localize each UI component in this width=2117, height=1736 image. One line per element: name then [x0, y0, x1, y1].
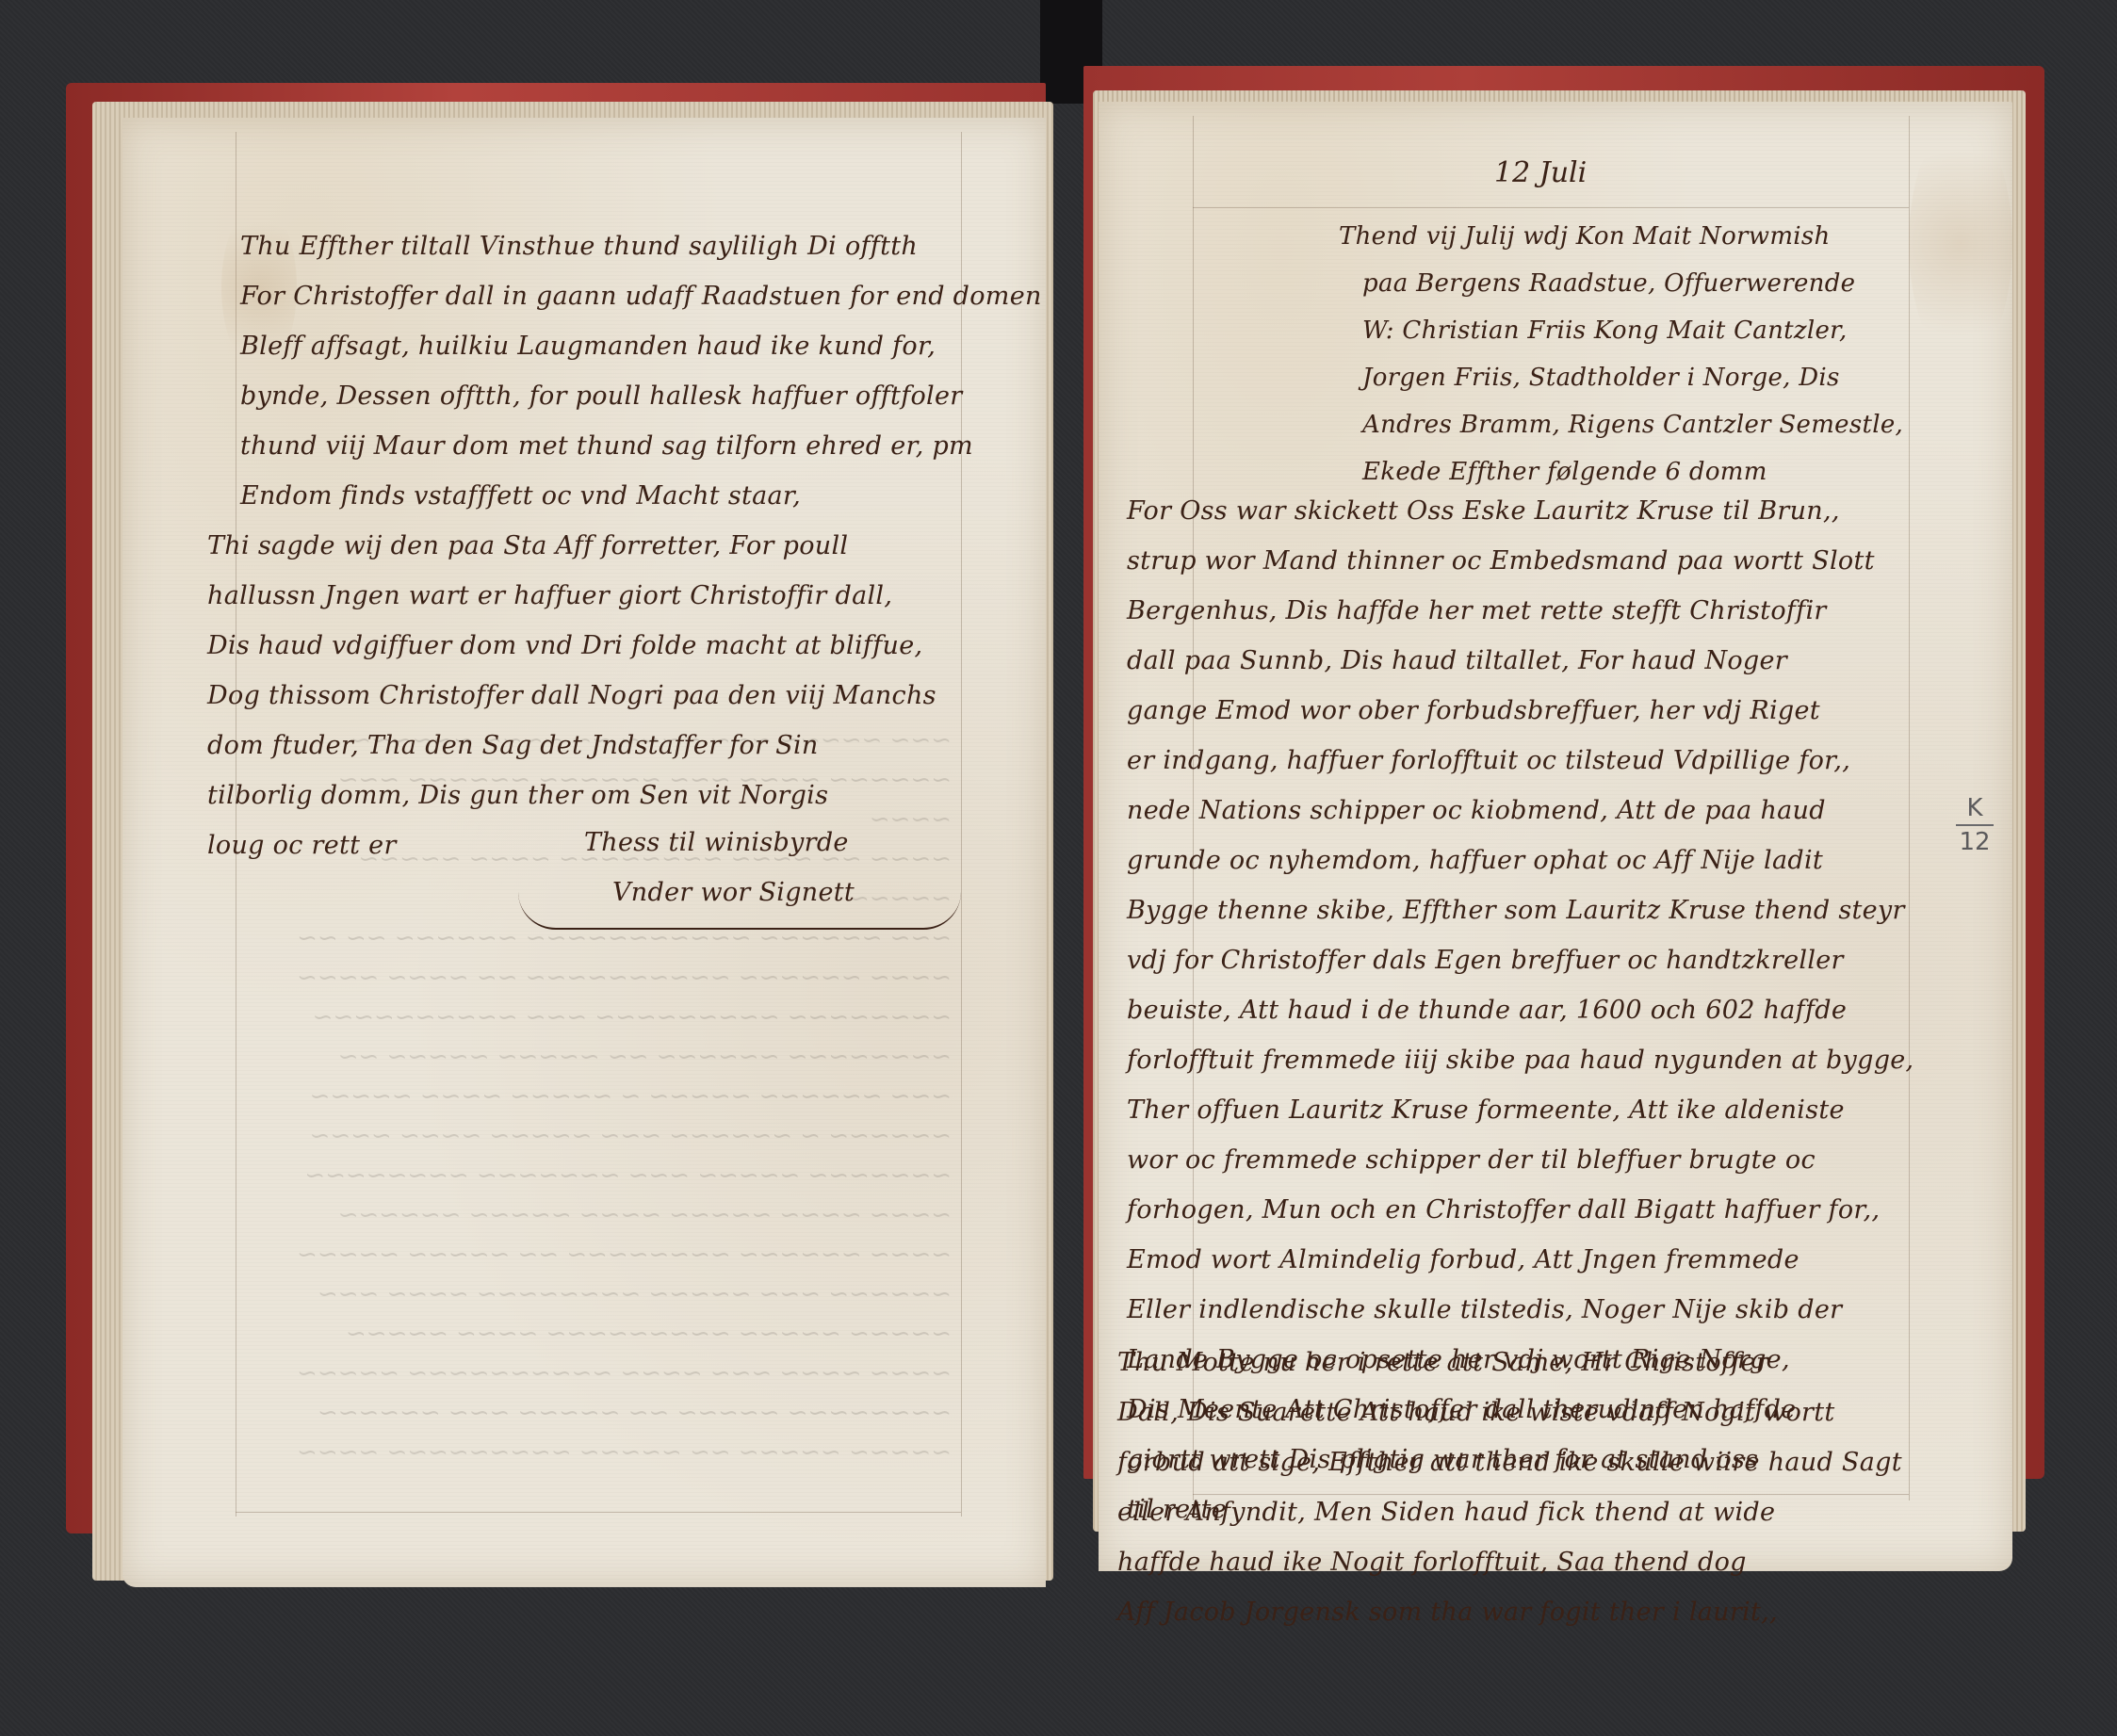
- text-line: strup wor Mand thinner oc Embedsmand paa…: [1127, 536, 1913, 586]
- text-line: For Oss war skickett Oss Eske Lauritz Kr…: [1127, 486, 1913, 536]
- text-line: Dall, Dis Suarette Att haud ike wiste vd…: [1117, 1387, 1902, 1437]
- text-line: Dog thissom Christoffer dall Nogri paa d…: [207, 671, 936, 721]
- text-line: Emod wort Almindelig forbud, Att Jngen f…: [1127, 1235, 1913, 1285]
- text-line: dom ftuder, Tha den Sag det Jndstaffer f…: [207, 721, 936, 771]
- text-line: hallussn Jngen wart er haffuer giort Chr…: [207, 571, 936, 621]
- text-line: Jorgen Friis, Stadtholder i Norge, Dis: [1339, 354, 1903, 401]
- text-line: dall paa Sunnb, Dis haud tiltallet, For …: [1127, 636, 1913, 686]
- text-line: Andres Bramm, Rigens Cantzler Semestle,: [1339, 401, 1903, 448]
- date-heading: 12 Juli: [1494, 156, 1587, 189]
- left-page: ~~~ ~~~~~ ~~~ ~~~~ ~~ ~~~~ ~~~~~~ ~~~~~~…: [122, 118, 1046, 1587]
- right-page: 12 Juli Thend vij Julij wdj Kon Mait Nor…: [1099, 102, 2012, 1571]
- entry-header: Thend vij Julij wdj Kon Mait Norwmish pa…: [1339, 213, 1903, 495]
- water-stain: [1909, 121, 2012, 365]
- text-line: tilborlig domm, Dis gun ther om Sen vit …: [207, 771, 936, 820]
- text-line: thund viij Maur dom met thund sag tilfor…: [240, 421, 1042, 471]
- text-line: Thu Effther tiltall Vinsthue thund sayli…: [240, 221, 1042, 271]
- text-line: Thi sagde wij den paa Sta Aff forretter,…: [207, 521, 936, 571]
- text-line: Dis haud vdgiffuer dom vnd Dri folde mac…: [207, 621, 936, 671]
- margin-rule: [236, 1512, 961, 1513]
- text-line: Eller indlendische skulle tilstedis, Nog…: [1127, 1285, 1913, 1335]
- text-line: er indgang, haffuer forlofftuit oc tilst…: [1127, 736, 1913, 786]
- pencil-folio-note: K 12: [1956, 794, 1994, 856]
- text-line: vdj for Christoffer dals Egen breffuer o…: [1127, 935, 1913, 985]
- right-paragraph-2: Thu Motte nu her i rette att Same, Hr Ch…: [1117, 1338, 1902, 1637]
- text-line: haffde haud ike Nogit forlofftuit, Saa t…: [1117, 1537, 1902, 1587]
- folio-note-bottom: 12: [1959, 828, 1990, 856]
- text-line: paa Bergens Raadstue, Offuerwerende: [1339, 260, 1903, 307]
- text-line: Thend vij Julij wdj Kon Mait Norwmish: [1339, 213, 1903, 260]
- text-line: Bleff affsagt, huilkiu Laugmanden haud i…: [240, 321, 1042, 371]
- text-line: Ther offuen Lauritz Kruse formeente, Att…: [1127, 1085, 1913, 1135]
- text-line: nede Nations schipper oc kiobmend, Att d…: [1127, 786, 1913, 836]
- text-line: Bergenhus, Dis haffde her met rette stef…: [1127, 586, 1913, 636]
- text-line: wor oc fremmede schipper der til bleffue…: [1127, 1135, 1913, 1185]
- text-line: beuiste, Att haud i de thunde aar, 1600 …: [1127, 985, 1913, 1035]
- text-line: Aff Jacob Jorgensk som tha war fogit the…: [1117, 1587, 1902, 1637]
- margin-rule: [1193, 207, 1909, 208]
- folio-note-divider: [1956, 824, 1994, 826]
- attestation-line-1: Thess til winisbyrde: [584, 818, 855, 868]
- text-line: For Christoffer dall in gaann udaff Raad…: [240, 271, 1042, 321]
- text-line: forbud att sige, Effther att thend ike s…: [1117, 1437, 1902, 1487]
- text-line: Endom finds vstafffett oc vnd Macht staa…: [240, 471, 1042, 521]
- text-line: gange Emod wor ober forbudsbreffuer, her…: [1127, 686, 1913, 736]
- text-line: forlofftuit fremmede iiij skibe paa haud…: [1127, 1035, 1913, 1085]
- text-line: bynde, Dessen offtth, for poull hallesk …: [240, 371, 1042, 421]
- folio-note-top: K: [1966, 794, 1982, 822]
- left-paragraph-1: Thu Effther tiltall Vinsthue thund sayli…: [240, 221, 1042, 521]
- signature-flourish: [518, 890, 961, 930]
- text-line: forhogen, Mun och en Christoffer dall Bi…: [1127, 1185, 1913, 1235]
- text-line: eller Anfyndit, Men Siden haud fick then…: [1117, 1487, 1902, 1537]
- text-line: Thu Motte nu her i rette att Same, Hr Ch…: [1117, 1338, 1902, 1387]
- text-line: grunde oc nyhemdom, haffuer ophat oc Aff…: [1127, 836, 1913, 885]
- text-line: Bygge thenne skibe, Effther som Lauritz …: [1127, 885, 1913, 935]
- text-line: W: Christian Friis Kong Mait Cantzler,: [1339, 307, 1903, 354]
